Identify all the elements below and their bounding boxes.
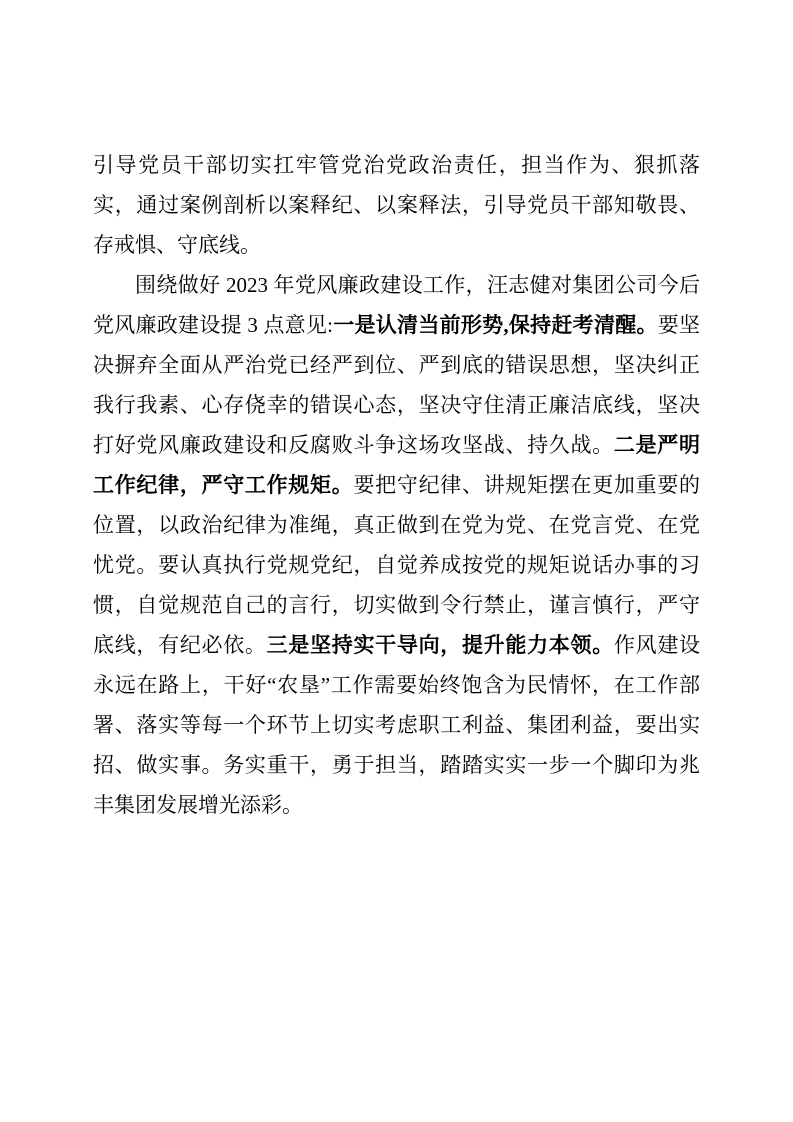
bold-text-run: 三是坚持实干导向，提升能力本领。 [267,633,614,657]
document-body: 引导党员干部切实扛牢管党治党政治责任，担当作为、狠抓落实，通过案例剖析以案释纪、… [93,145,700,825]
paragraph: 围绕做好 2023 年党风廉政建设工作，汪志健对集团公司今后党风廉政建设提 3 … [93,265,700,825]
text-run: 引导党员干部切实扛牢管党治党政治责任，担当作为、狠抓落实，通过案例剖析以案释纪、… [93,153,700,257]
text-run: 要把守纪律、讲规矩摆在更加重要的位置，以政治纪律为准绳，真正做到在党为党、在党言… [93,473,700,657]
bold-text-run: 一是认清当前形势,保持赶考清醒。 [333,313,658,337]
text-run: 作风建设永远在路上，干好“农垦”工作需要始终饱含为民情怀，在工作部署、落实等每一… [93,633,700,817]
paragraph: 引导党员干部切实扛牢管党治党政治责任，担当作为、狠抓落实，通过案例剖析以案释纪、… [93,145,700,265]
document-page: 引导党员干部切实扛牢管党治党政治责任，担当作为、狠抓落实，通过案例剖析以案释纪、… [0,0,793,1122]
